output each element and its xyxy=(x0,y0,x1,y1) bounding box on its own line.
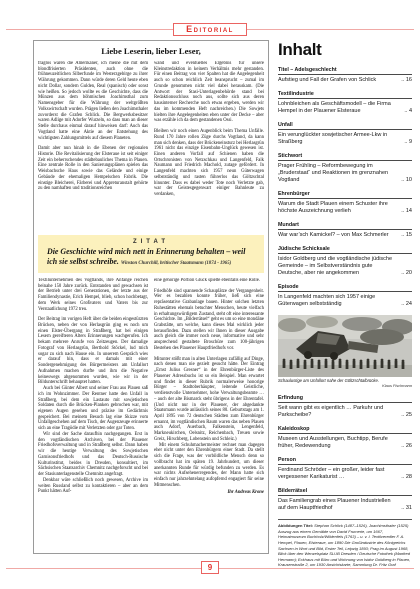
column-right-top: wand und eventuelles Ergebnis für unsere… xyxy=(154,61,264,230)
image-credits-label: Abbildungen Titel: xyxy=(278,523,313,528)
toc-category: Titel – Adelsgeschlecht xyxy=(278,67,412,75)
toc-text: Lohnbleichen als Geschäftsmodell – die F… xyxy=(278,101,391,114)
toc-category: Erfindung xyxy=(278,395,412,403)
page-number: 9 xyxy=(208,562,212,573)
column-right-bottom: eine gehörige Portion Glück spielte eben… xyxy=(154,278,264,554)
paragraph: wand und eventuelles Ergebnis für unsere… xyxy=(154,61,264,124)
toc-text: Isidor Goldberg und die vogtländische jü… xyxy=(278,256,392,276)
page-footer: 9 xyxy=(6,561,414,577)
article-heading: Liebe Leserin, lieber Leser, xyxy=(38,46,264,56)
toc-description: Seit wann gibt es eigentlich … Parkuhr u… xyxy=(278,405,412,419)
toc-description: In Langenfeld machten sich 1957 einige G… xyxy=(278,294,412,308)
toc-entry-titel: Titel – Adelsgeschlecht Aufstieg und Fal… xyxy=(278,67,412,84)
paragraph: Mitunter stößt man in alten Unterlagen z… xyxy=(154,357,264,443)
toc-text: Ferdinand Schröder – ein großer, leider … xyxy=(278,467,384,480)
paragraph: Wir sind der Sache daraufhin nachgegange… xyxy=(38,432,148,478)
column-left-bottom: Textilunternehmen des Vogtlands, ihre An… xyxy=(38,278,148,554)
paragraph: Auch bei Günter Albert und seiner Frau a… xyxy=(38,386,148,432)
toc-title: Inhalt xyxy=(278,40,412,60)
toc-description: Warum die Stadt Plauen einem Schuster ih… xyxy=(278,201,412,215)
editorial-header: Editorial xyxy=(6,23,414,37)
photo-credit: Klaus Fischmann xyxy=(278,383,412,388)
accident-photo-image xyxy=(278,315,412,377)
magazine-editorial-page: Editorial Liebe Leserin, lieber Leser, f… xyxy=(0,0,420,589)
toc-entry-episode: Episode In Langenfeld machten sich 1957 … xyxy=(278,284,412,308)
toc-entry-mundart: Mundart War war’sch Kamickel? – von Max … xyxy=(278,222,412,239)
toc-text: Ein verunglückter sowjetischer Armee-Lkw… xyxy=(278,132,387,145)
toc-entry-ehrenbuerger: Ehrenbürger Warum die Stadt Plauen einem… xyxy=(278,191,412,215)
toc-text: Warum die Stadt Plauen einem Schuster ih… xyxy=(278,201,388,214)
paragraph: fraglos wären die Amerikaner, ich meine … xyxy=(38,61,148,141)
toc-entry-erfindung: Erfindung Seit wann gibt es eigentlich …… xyxy=(278,395,412,419)
toc-entry-bilderraetsel: Bilderrätsel Das Familiengrab eines Plau… xyxy=(278,488,412,512)
toc-page-number: 31 xyxy=(401,505,412,512)
editorial-article: Liebe Leserin, lieber Leser, fraglos wär… xyxy=(33,40,269,554)
accident-photo: Schaulustige am Unfallort nahe der Göltz… xyxy=(278,315,412,389)
toc-entry-person: Person Ferdinand Schröder – ein großer, … xyxy=(278,457,412,481)
quote-text: Die Geschichte wird mich nett in Erinner… xyxy=(47,247,255,268)
toc-description: Das Familiengrab eines Plauener Industri… xyxy=(278,498,412,512)
toc-page-number: 24 xyxy=(401,301,412,308)
toc-text: Seit wann gibt es eigentlich … Parkuhr u… xyxy=(278,405,383,418)
toc-text: War war’sch Kamickel? – von Max Schmerle… xyxy=(278,232,389,238)
toc-entry-stichwort: Stichwort Prager Frühling – Reformbewegu… xyxy=(278,153,412,184)
toc-category: Unfall xyxy=(278,122,412,130)
toc-description: Museen und Ausstellungen, Buchtipp, Beru… xyxy=(278,436,412,450)
article-columns-bottom: Textilunternehmen des Vogtlands, ihre An… xyxy=(38,278,264,554)
toc-description: Prager Frühling – Reformbewegung im „Bru… xyxy=(278,163,412,184)
paragraph: Denkbar wäre schließlich noch gewesen, A… xyxy=(38,478,148,495)
toc-category: Jüdische Schicksale xyxy=(278,246,412,254)
toc-description: Aufstieg und Fall der Grafen von Schlick… xyxy=(278,77,412,84)
toc-page-number: 4 xyxy=(404,108,412,115)
toc-entry-kaleidoskop: Kaleidoskop Museen und Ausstellungen, Bu… xyxy=(278,426,412,450)
toc-page-number: 10 xyxy=(401,177,412,184)
column-left-top: fraglos wären die Amerikaner, ich meine … xyxy=(38,61,148,230)
paragraph: Textilunternehmen des Vogtlands, ihre An… xyxy=(38,278,148,312)
toc-page-number: 15 xyxy=(401,232,412,239)
toc-category: Bilderrätsel xyxy=(278,488,412,496)
toc-description: Lohnbleichen als Geschäftsmodell – die F… xyxy=(278,101,412,115)
quote-label: ZITAT xyxy=(47,239,255,245)
toc-page-number: 20 xyxy=(401,270,412,277)
toc-category: Ehrenbürger xyxy=(278,191,412,199)
paragraph: Bleiben wir noch einen Augenblick beim T… xyxy=(154,129,264,198)
toc-category: Kaleidoskop xyxy=(278,426,412,434)
toc-description: Ferdinand Schröder – ein großer, leider … xyxy=(278,467,412,481)
table-of-contents: Inhalt Titel – Adelsgeschlecht Aufstieg … xyxy=(278,40,412,568)
toc-description: Ein verunglückter sowjetischer Armee-Lkw… xyxy=(278,132,412,146)
photo-caption-text: Schaulustige am Unfallort nahe der Göltz… xyxy=(278,378,379,383)
toc-page-number: 25 xyxy=(401,412,412,419)
toc-page-number: 28 xyxy=(401,474,412,481)
toc-category: Textilindustrie xyxy=(278,91,412,99)
toc-text: In Langenfeld machten sich 1957 einige G… xyxy=(278,294,375,307)
toc-category: Stichwort xyxy=(278,153,412,161)
article-columns-top: fraglos wären die Amerikaner, ich meine … xyxy=(38,61,264,230)
toc-page-number: 9 xyxy=(404,139,412,146)
toc-category: Episode xyxy=(278,284,412,292)
toc-text: Aufstieg und Fall der Grafen von Schlick xyxy=(278,77,376,83)
page-content: Liebe Leserin, lieber Leser, fraglos wär… xyxy=(33,40,412,568)
editorial-tag-box: Editorial xyxy=(173,23,247,36)
toc-text: Museen und Ausstellungen, Buchtipp, Beru… xyxy=(278,436,388,449)
toc-page-number: 16 xyxy=(401,77,412,84)
paragraph: Mit einem Schuhmachermeister rechnet man… xyxy=(154,443,264,489)
photo-caption: Schaulustige am Unfallort nahe der Göltz… xyxy=(278,378,412,389)
page-number-box: 9 xyxy=(201,561,219,574)
toc-entry-unfall: Unfall Ein verunglückter sowjetischer Ar… xyxy=(278,122,412,146)
paragraph: Damit aber nun hinab in die Ebenen der r… xyxy=(38,146,148,192)
quote-attribution: Winston Churchill, britischer Staatsmann… xyxy=(121,261,231,266)
toc-text: Prager Frühling – Reformbewegung im „Bru… xyxy=(278,163,388,183)
toc-entry-textilindustrie: Textilindustrie Lohnbleichen als Geschäf… xyxy=(278,91,412,115)
toc-entry-juedische-schicksale: Jüdische Schicksale Isidor Goldberg und … xyxy=(278,246,412,277)
author-signature: Ihr Andreas Krone xyxy=(154,490,264,496)
toc-category: Person xyxy=(278,457,412,465)
toc-description: Isidor Goldberg und die vogtländische jü… xyxy=(278,256,412,277)
toc-text: Das Familiengrab eines Plauener Industri… xyxy=(278,498,391,511)
paragraph: Friedhöfe sind spannende Schauplätze der… xyxy=(154,289,264,352)
toc-category: Mundart xyxy=(278,222,412,230)
paragraph: eine gehörige Portion Glück spielte eben… xyxy=(154,278,264,284)
editorial-label: Editorial xyxy=(186,25,234,34)
quote-box: ZITAT Die Geschichte wird mich nett in E… xyxy=(38,235,264,273)
toc-description: War war’sch Kamickel? – von Max Schmerle… xyxy=(278,232,412,239)
toc-page-number: 14 xyxy=(401,208,412,215)
paragraph: Der Beitrag im vorigen Heft über die bei… xyxy=(38,317,148,386)
toc-page-number: 26 xyxy=(401,443,412,450)
